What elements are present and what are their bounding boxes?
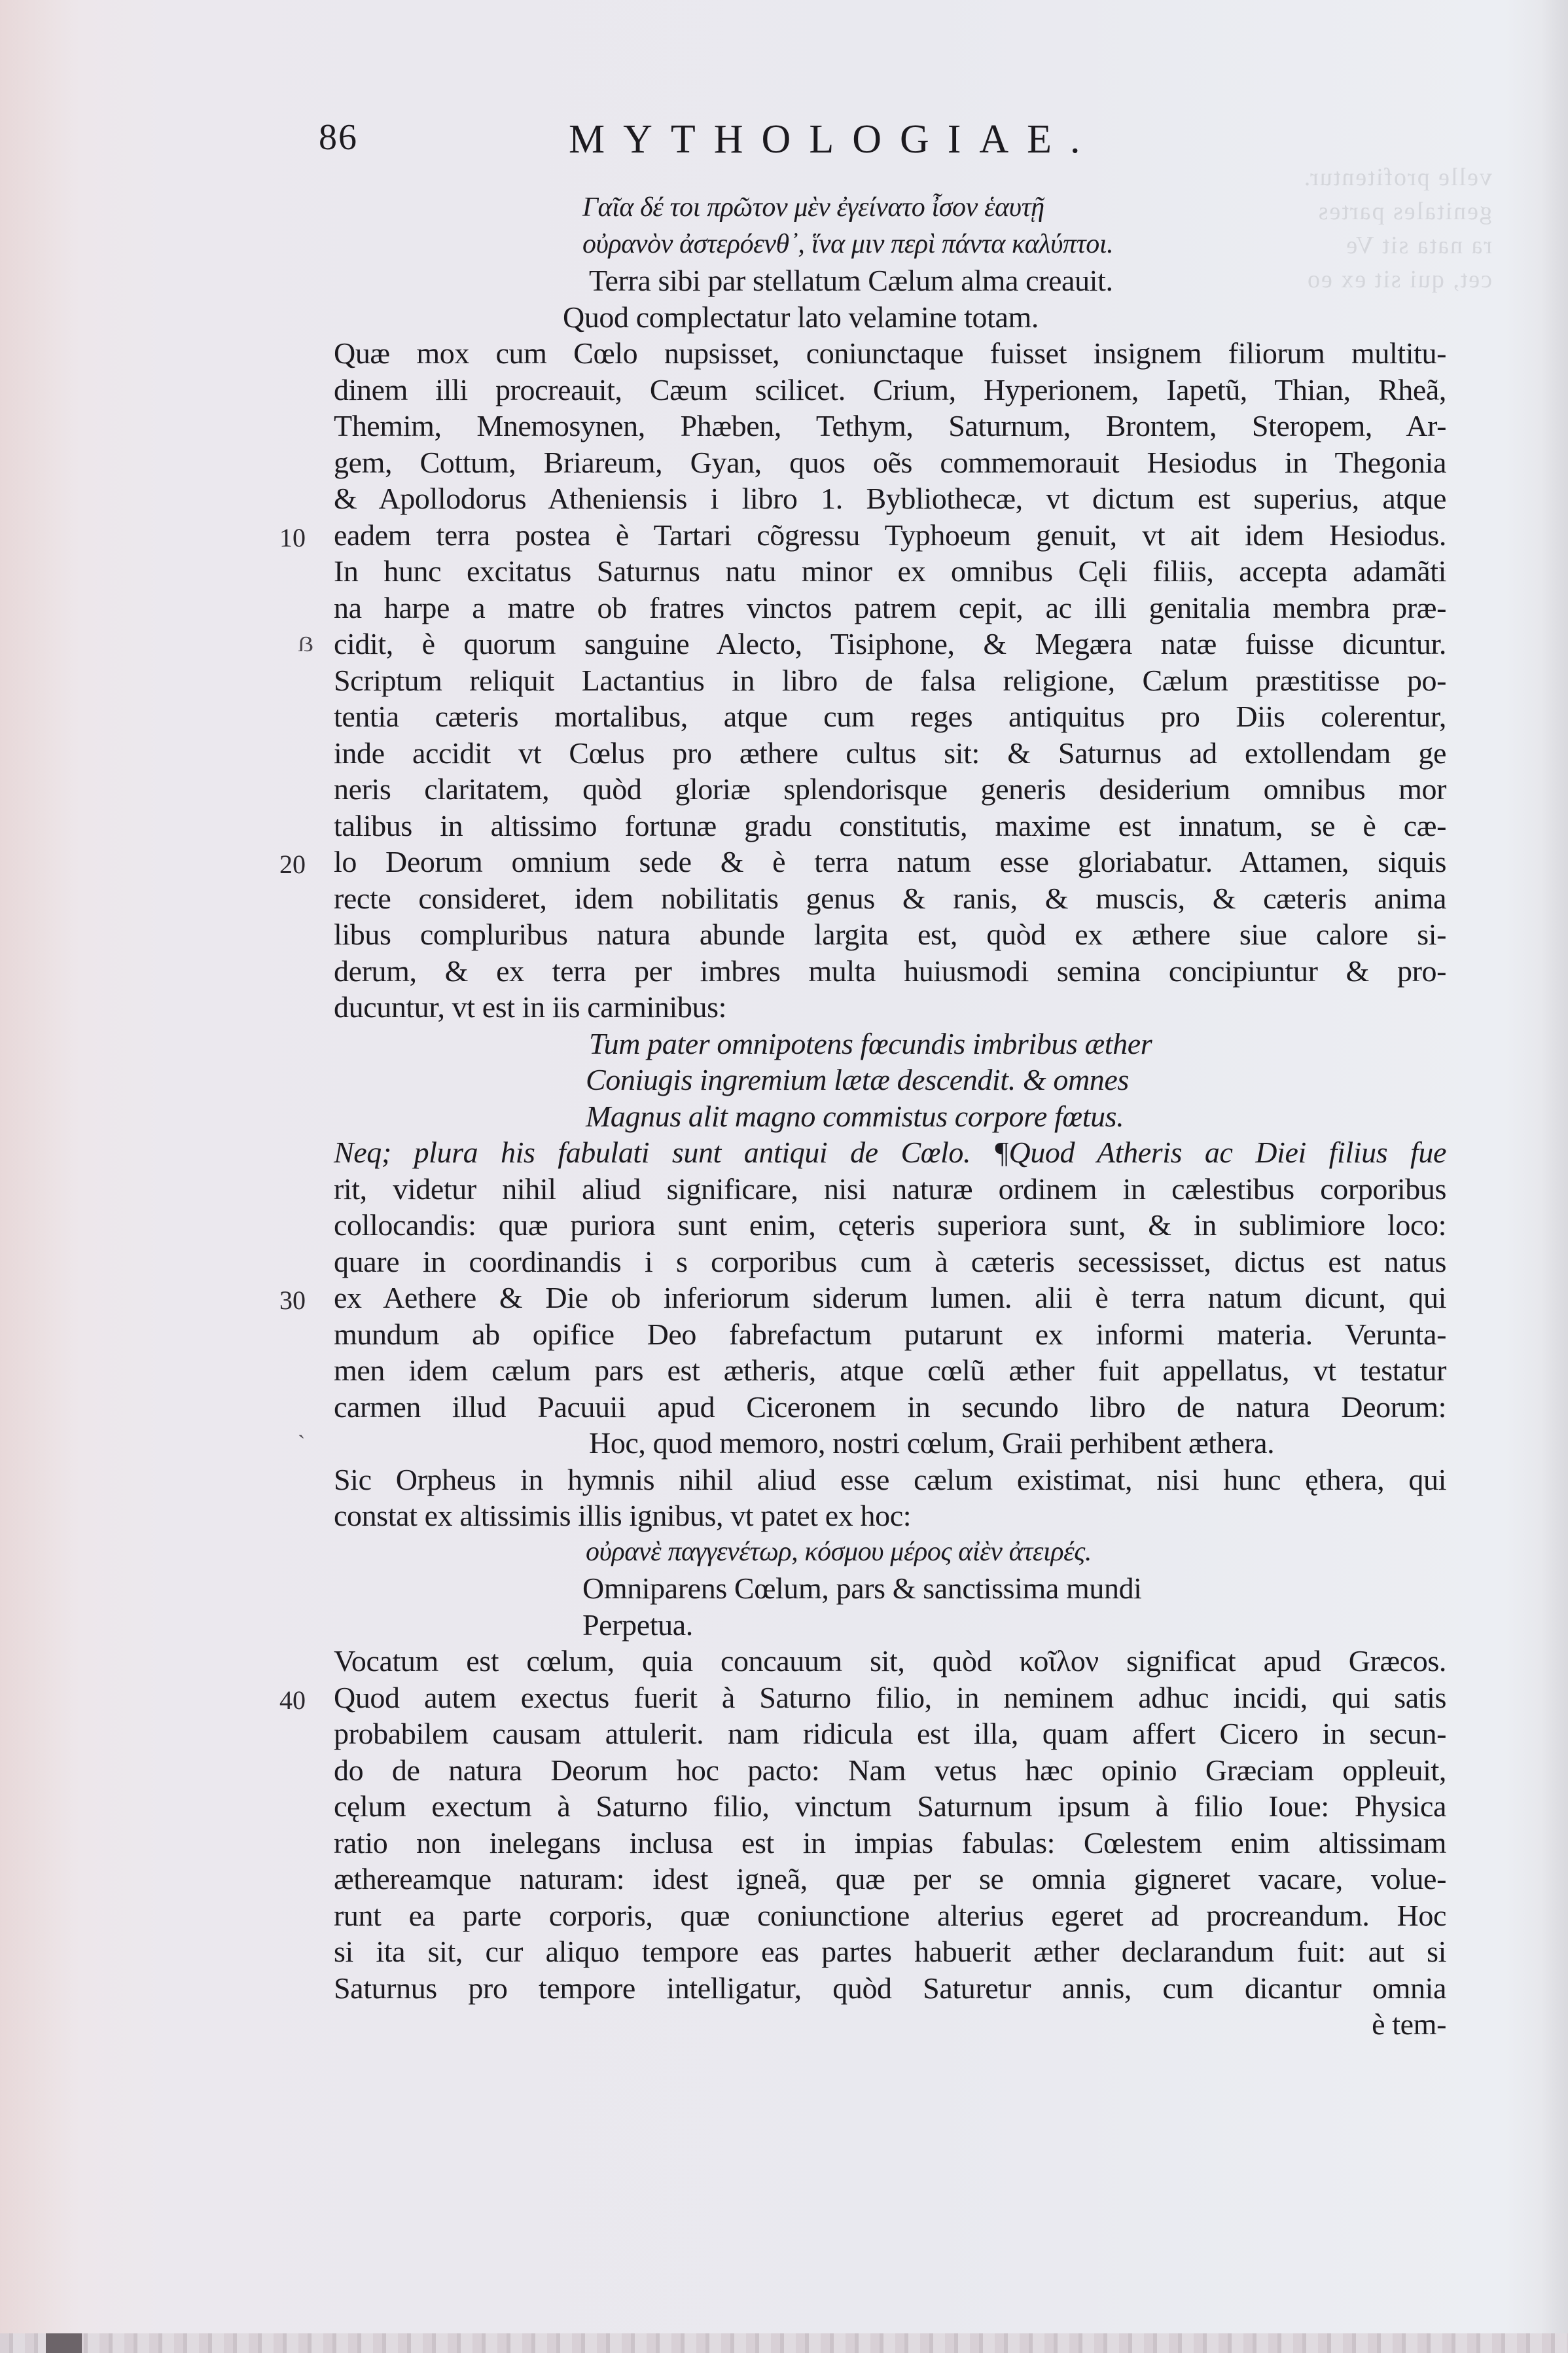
gutter-shadow — [0, 0, 79, 2353]
text-line: & Apollodorus Atheniensis i libro 1. Byb… — [334, 480, 1446, 517]
text-line: οὐρανὲ παγγενέτωρ, κόσμου μέρος αἰὲν ἀτε… — [586, 1534, 1446, 1571]
text-line: Saturnus pro tempore intelligatur, quòd … — [334, 1970, 1446, 2007]
text-line: neris claritatem, quòd gloriæ splendoris… — [334, 771, 1446, 808]
text-line: constat ex altissimis illis ignibus, vt … — [334, 1498, 1446, 1534]
text-line: Scriptum reliquit Lactantius in libro de… — [334, 662, 1446, 699]
margin-mark: ẞ — [298, 632, 313, 657]
text-line: do de natura Deorum hoc pacto: Nam vetus… — [334, 1752, 1446, 1789]
text-line: Tum pater omnipotens fœcundis imbribus æ… — [589, 1026, 1446, 1062]
text-line: inde accidit vt Cœlus pro æthere cultus … — [334, 735, 1446, 772]
scan-dark-mark — [46, 2333, 82, 2353]
catchword: è tem- — [334, 2006, 1482, 2043]
text-line: eadem terra postea è Tartari cõgressu Ty… — [334, 517, 1446, 554]
text-line: Neq; plura his fabulati sunt antiqui de … — [334, 1134, 1446, 1171]
margin-line-number: 10 — [279, 522, 306, 553]
page-edge — [1542, 0, 1568, 2353]
page-number: 86 — [319, 117, 358, 158]
text-line: Terra sibi par stellatum Cælum alma crea… — [589, 262, 1446, 299]
text-line: si ita sit, cur aliquo tempore eas parte… — [334, 1933, 1446, 1970]
text-line: Quod complectatur lato velamine totam. — [563, 299, 1446, 336]
text-line: runt ea parte corporis, quæ coniunctione… — [334, 1897, 1446, 1934]
text-line: lo Deorum omnium sede & è terra natum es… — [334, 844, 1446, 880]
margin-line-number: 30 — [279, 1285, 306, 1316]
text-line: men idem cælum pars est ætheris, atque c… — [334, 1352, 1446, 1389]
text-line: recte consideret, idem nobilitatis genus… — [334, 880, 1446, 917]
text-line: æthereamque naturam: idest igneã, quæ pe… — [334, 1861, 1446, 1897]
text-line: rit, videtur nihil aliud significare, ni… — [334, 1171, 1446, 1208]
text-line: quare in coordinandis i s corporibus cum… — [334, 1244, 1446, 1280]
text-line: cęlum exectum à Saturno filio, vinctum S… — [334, 1788, 1446, 1825]
book-page: velle profitentur.genitales partesra nat… — [0, 0, 1568, 2353]
text-line: cidit, è quorum sanguine Alecto, Tisipho… — [334, 626, 1446, 662]
text-line: ratio non inelegans inclusa est in impia… — [334, 1825, 1446, 1861]
page-header: 86 MYTHOLOGIAE. — [319, 117, 1268, 169]
text-line: Coniugis ingremium lætæ descendit. & omn… — [586, 1062, 1446, 1098]
margin-line-number: 20 — [279, 849, 306, 880]
text-line: Sic Orpheus in hymnis nihil aliud esse c… — [334, 1462, 1446, 1498]
text-line: talibus in altissimo fortunæ gradu const… — [334, 808, 1446, 844]
text-line: collocandis: quæ puriora sunt enim, cęte… — [334, 1207, 1446, 1244]
text-line: οὐρανὸν ἀστερόενθ᾽, ἵνα μιν περὶ πάντα κ… — [582, 226, 1446, 263]
text-line: carmen illud Pacuuii apud Ciceronem in s… — [334, 1389, 1446, 1426]
running-title: MYTHOLOGIAE. — [569, 117, 1099, 163]
text-line: Γαῖα δέ τοι πρῶτον μὲν ἐγείνατο ἶσον ἑαυ… — [582, 190, 1446, 226]
text-line: dinem illi procreauit, Cæum scilicet. Cr… — [334, 372, 1446, 408]
text-line: Themim, Mnemosynen, Phæben, Tethym, Satu… — [334, 408, 1446, 444]
text-line: Hoc, quod memoro, nostri cœlum, Graii pe… — [589, 1425, 1446, 1462]
text-line: ducuntur, vt est in iis carminibus: — [334, 989, 1446, 1026]
text-line: mundum ab opifice Deo fabrefactum putaru… — [334, 1316, 1446, 1353]
text-line: derum, & ex terra per imbres multa huius… — [334, 953, 1446, 990]
margin-line-number: 40 — [279, 1685, 306, 1715]
text-line: na harpe a matre ob fratres vinctos patr… — [334, 590, 1446, 626]
margin-mark: ` — [298, 1431, 305, 1456]
text-line: Quæ mox cum Cœlo nupsisset, coniunctaque… — [334, 335, 1446, 372]
text-line: Magnus alit magno commistus corpore fœtu… — [586, 1098, 1446, 1135]
text-line: probabilem causam attulerit. nam ridicul… — [334, 1715, 1446, 1752]
scan-bottom-edge — [0, 2333, 1568, 2353]
text-line: Quod autem exectus fuerit à Saturno fili… — [334, 1679, 1446, 1716]
text-line: Perpetua. — [582, 1607, 1446, 1644]
text-line: gem, Cottum, Briareum, Gyan, quos oẽs co… — [334, 444, 1446, 481]
text-line: Vocatum est cœlum, quia concauum sit, qu… — [334, 1643, 1446, 1679]
text-line: ex Aethere & Die ob inferiorum siderum l… — [334, 1280, 1446, 1316]
text-line: tentia cæteris mortalibus, atque cum reg… — [334, 698, 1446, 735]
body-text: Γαῖα δέ τοι πρῶτον μὲν ἐγείνατο ἶσον ἑαυ… — [334, 190, 1446, 2043]
text-line: libus compluribus natura abunde largita … — [334, 916, 1446, 953]
text-line: In hunc excitatus Saturnus natu minor ex… — [334, 553, 1446, 590]
text-line: Omniparens Cœlum, pars & sanctissima mun… — [582, 1570, 1446, 1607]
